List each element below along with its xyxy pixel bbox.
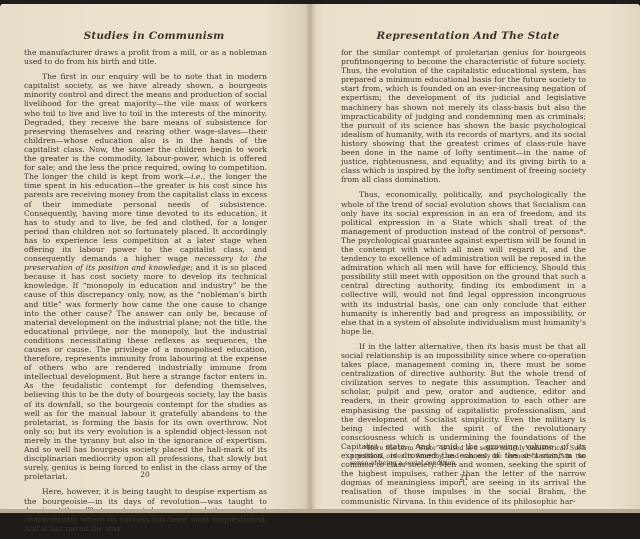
page-number: 20 <box>130 470 160 479</box>
page-number: 21 <box>449 473 479 482</box>
footnote: *Here the term “State” is used in a sens… <box>350 445 586 468</box>
paragraph: the manufacturer draws a profit from a m… <box>24 48 267 66</box>
right-page-body: for the similar contempt of proletarian … <box>341 48 586 512</box>
paragraph-text: ; and it is so placed because it has cos… <box>24 263 267 481</box>
left-page: Studies in Communism the manufacturer dr… <box>0 4 310 513</box>
running-header-left: Studies in Communism <box>24 30 284 42</box>
paragraph: The first in our enquiry will be to note… <box>24 72 267 481</box>
footnote-text: *Here the term “State” is used in a sens… <box>350 445 586 468</box>
italic-text: i.e. <box>191 172 203 181</box>
page-bottom-edge <box>0 509 640 513</box>
paragraph: Thus, economically, politically, and psy… <box>341 190 586 336</box>
left-page-body: the manufacturer draws a profit from a m… <box>24 48 267 517</box>
paragraph: for the similar contempt of proletarian … <box>341 48 586 184</box>
paragraph-text: , the longer the time spent in his educa… <box>24 172 267 263</box>
running-header-right: Representation And The State <box>342 30 594 42</box>
book-spread: Studies in Communism the manufacturer dr… <box>0 4 640 513</box>
right-page: Representation And The State for the sim… <box>310 4 640 513</box>
paragraph-text: The first in our enquiry will be to note… <box>24 72 267 181</box>
